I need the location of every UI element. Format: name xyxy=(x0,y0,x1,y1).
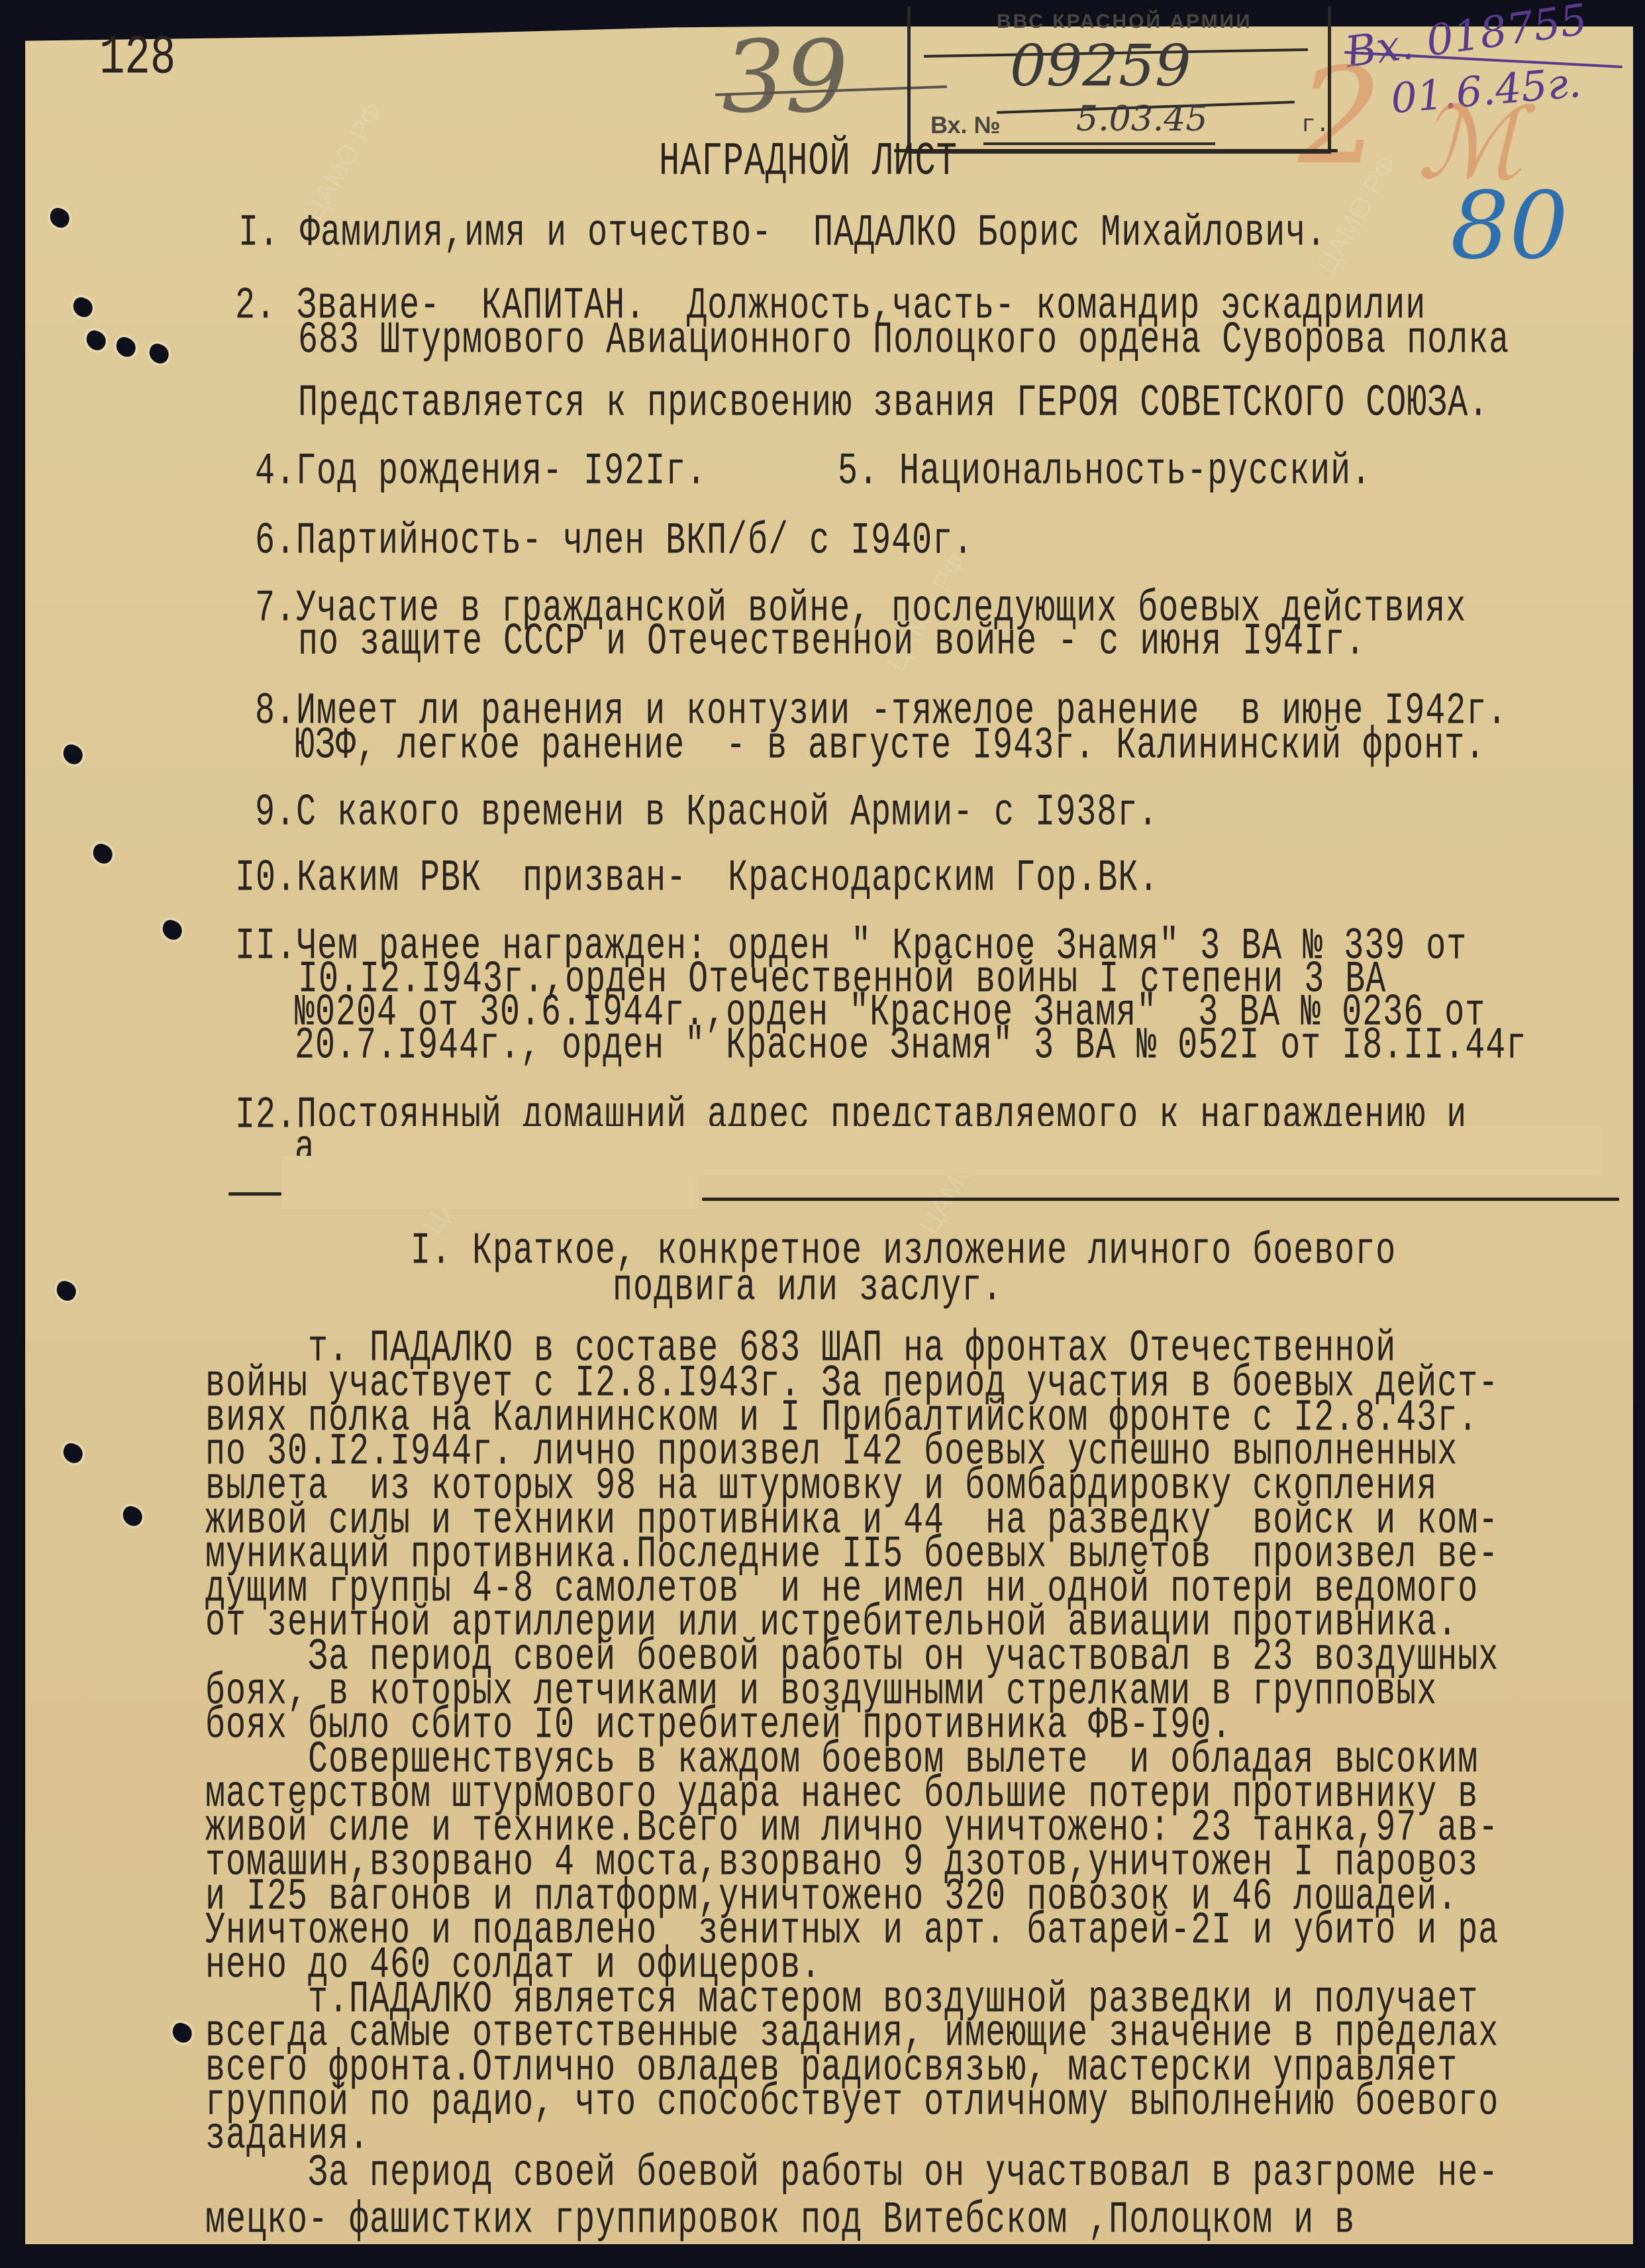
field-full-name: I. Фамилия,имя и отчество- ПАДАЛКО Борис… xyxy=(238,211,1326,257)
scan-border-right xyxy=(1633,0,1645,2268)
scan-border-left xyxy=(0,0,25,2268)
body-line: За период своей боевой работы он участво… xyxy=(205,2151,1499,2197)
stamp-line xyxy=(983,142,1215,145)
registration-stamp: ВВС КРАСНОЙ АРМИИ 09259 Вх. № 5.03.45 г. xyxy=(907,7,1331,154)
stamp-header: ВВС КРАСНОЙ АРМИИ xyxy=(997,11,1252,33)
field-drafted-by: I0.Каким РВК призван- Краснодарским Гор.… xyxy=(235,856,1159,902)
section-heading-cont: подвига или заслуг. xyxy=(613,1265,1003,1312)
field-rank-position-cont: 683 Штурмового Авиационного Полоцкого ор… xyxy=(298,318,1509,364)
field-army-since: 9.С какого времени в Красной Армии- с I9… xyxy=(255,790,1158,837)
separator-rule-left xyxy=(228,1192,281,1196)
document-title: НАГРАДНОЙ ЛИСТ xyxy=(659,139,958,185)
stamp-bottom-rule xyxy=(894,149,1338,152)
pencil-sheet-number: 39 xyxy=(722,20,848,135)
blue-ink-number: 80 xyxy=(1450,172,1568,280)
body-line: группой по радио, что способствует отлич… xyxy=(205,2080,1499,2126)
field-birth-year: 4.Год рождения- I92Iг. xyxy=(255,449,707,495)
field-nationality: 5. Национальность-русский. xyxy=(838,449,1371,495)
archive-page-number: 128 xyxy=(99,28,175,90)
separator-rule xyxy=(702,1198,1619,1201)
scan-border-bottom xyxy=(0,2255,1645,2268)
field-previous-awards-cont: 20.7.I944г., орден " Красное Знамя" 3 ВА… xyxy=(295,1023,1526,1070)
field-nominated-for: Представляется к присвоению звания ГЕРОЯ… xyxy=(298,381,1489,427)
stamp-date: 5.03.45 xyxy=(1076,99,1207,139)
stamp-number: 09259 xyxy=(1010,33,1191,99)
field-wounds-cont: ЮЗФ, легкое ранение - в августе I943г. К… xyxy=(295,723,1485,770)
body-line: мецко- фашистких группировок под Витебск… xyxy=(205,2198,1355,2244)
field-war-participation-cont: по защите СССР и Отечественной войне - с… xyxy=(298,619,1366,666)
redacted-address-block xyxy=(281,1156,699,1209)
field-party-membership: 6.Партийность- член ВКП/б/ с I940г. xyxy=(255,519,973,565)
stamp-year-suffix: г. xyxy=(1301,111,1330,138)
